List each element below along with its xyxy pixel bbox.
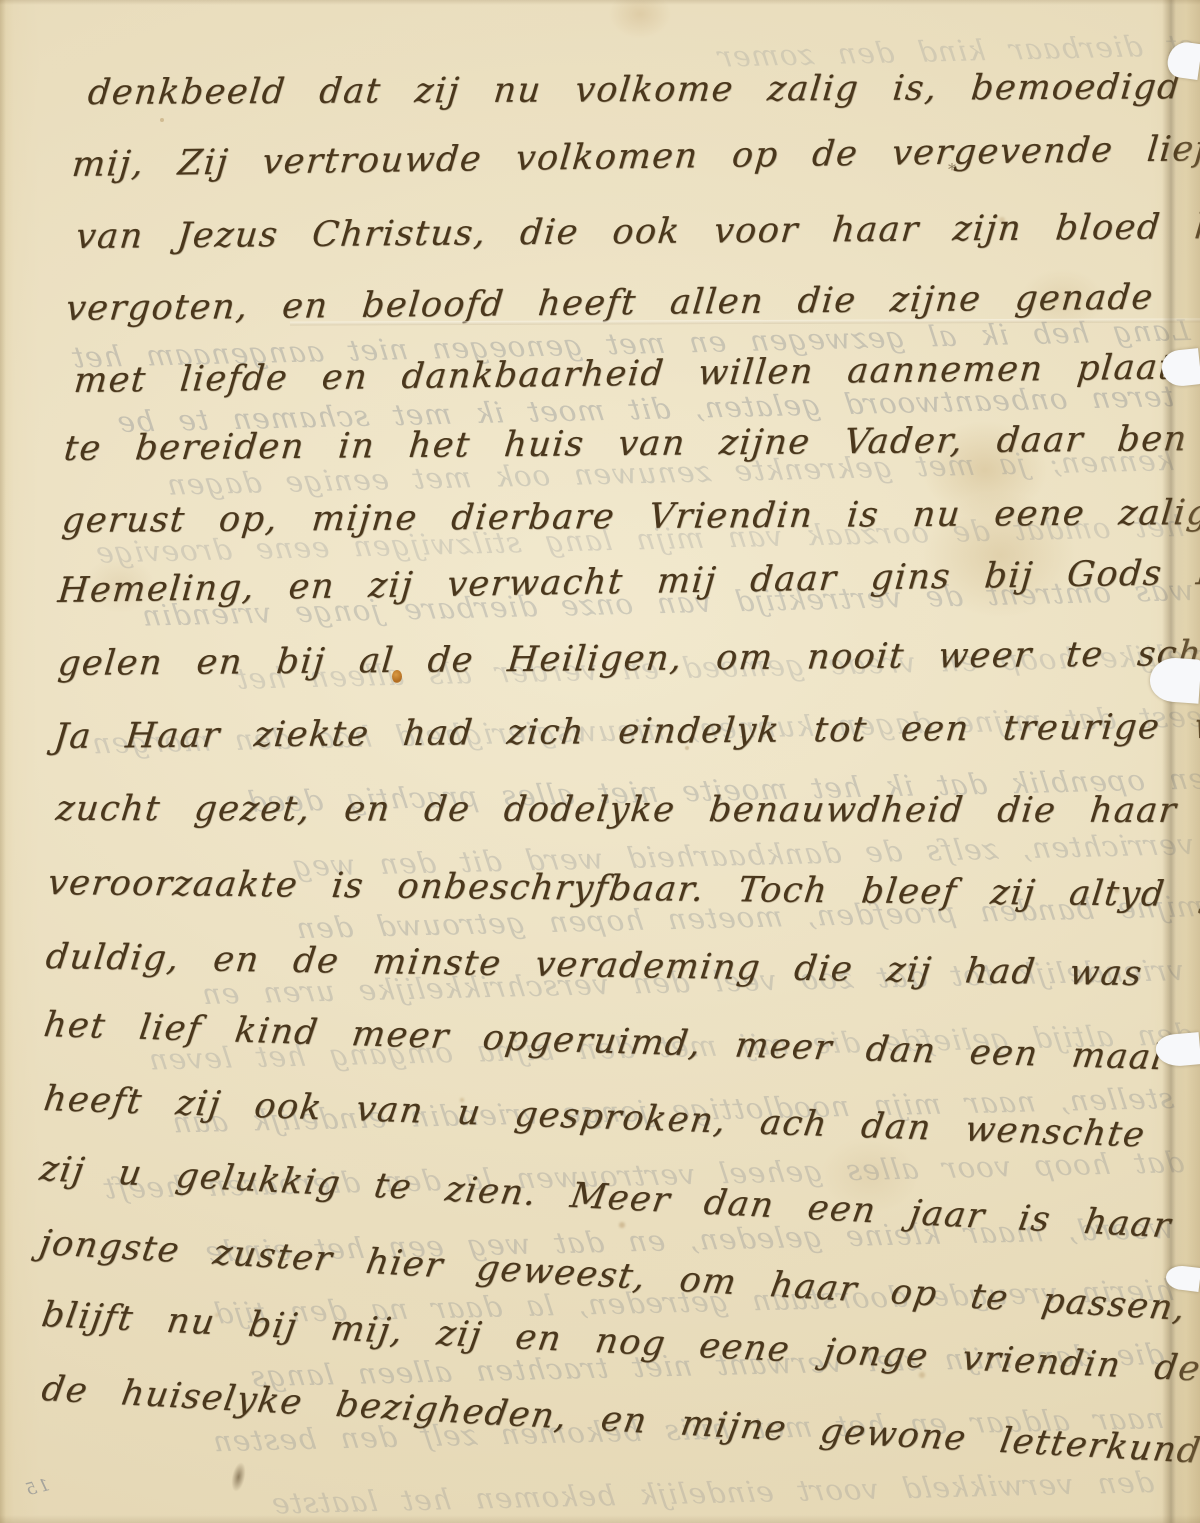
handwritten-line: mij, Zij vertrouwde volkomen op de verge… [70, 131, 1200, 183]
handwritten-line: te bereiden in het huis van zijne Vader,… [62, 422, 1200, 467]
right-edge-fold [1162, 0, 1200, 1523]
orange-stain-spot [392, 670, 402, 683]
handwritten-line: veroorzaakte is onbeschryfbaar. Toch ble… [46, 866, 1200, 913]
handwritten-line: gerust op, mijne dierbare Vriendin is nu… [60, 496, 1200, 539]
handwritten-line: Ja Haar ziekte had zich eindelyk tot een… [52, 709, 1200, 755]
foxing-spots [160, 118, 164, 122]
handwritten-line: zucht gezet, en de dodelyke benauwdheid … [54, 792, 1200, 829]
ink-smudge [229, 1461, 248, 1493]
asterisk-mark: * [948, 160, 956, 179]
bleedthrough-line: den verwikkeld voort eindelijk bekomen h… [12, 1468, 1155, 1523]
letter-page: Alten bezweek het dierbaar kind den zome… [0, 0, 1200, 1523]
handwritten-line: denkbeeld dat zij nu volkome zalig is, b… [86, 70, 1183, 111]
handwritten-line: gelen en bij al de Heiligen, om nooit we… [56, 636, 1200, 682]
handwritten-line: van Jezus Christus, die ook voor haar zi… [74, 209, 1200, 255]
